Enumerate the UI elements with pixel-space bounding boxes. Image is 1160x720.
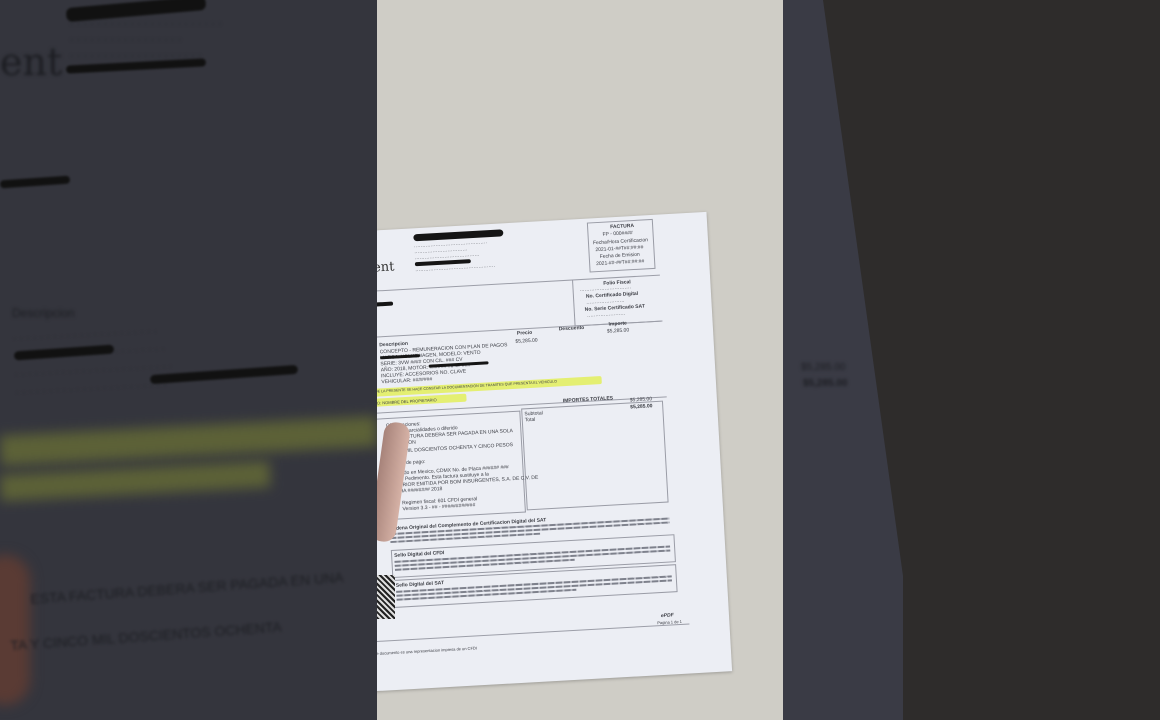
photo-center: ement ··································…: [377, 0, 783, 720]
blurred-address: · · · · · · · · · · · · · · · · · · · · …: [70, 16, 222, 64]
blurred-logo-fragment: ent: [0, 40, 62, 84]
factura-header-box: FACTURA FP - 000#### Fecha/Hora Certific…: [587, 219, 656, 273]
blurred-highlight: [0, 461, 270, 501]
divider: [377, 623, 689, 642]
totals-box: Subtotal Total $5,285.00 $5,285.00: [521, 401, 668, 511]
blurred-highlight: [0, 416, 377, 466]
blurred-total: $5,285.00: [803, 378, 848, 389]
blurred-finger: [0, 555, 30, 705]
blurred-redaction: [0, 176, 70, 189]
total-label: Total: [525, 417, 536, 424]
blurred-left-panel: ent · · · · · · · · · · · · · · · · · · …: [0, 0, 377, 720]
blurred-right-panel: $5,285.00 $5,285.00: [783, 0, 1160, 720]
redaction-mark: [377, 302, 393, 308]
company-logo-fragment: ement: [377, 259, 395, 276]
col-price: Precio: [517, 330, 533, 337]
item-price: $5,285.00: [515, 338, 538, 345]
factura-folio: FP - 000####: [602, 230, 633, 238]
blurred-desc-lines: · · · · · · · · · · · · · · · · · · · · …: [12, 322, 174, 402]
brand-mark: ePDF: [661, 612, 674, 619]
total-value: $5,285.00: [630, 403, 653, 410]
qr-code: [377, 575, 395, 619]
blurred-desc-label: Descripcion: [12, 306, 75, 320]
fiscal-box: Folio Fiscal ···························…: [572, 275, 661, 327]
footer-text: Este documento es una representacion imp…: [377, 645, 477, 656]
blurred-notes-fragment: ESTA FACTURA DEBERA SER PAGADA EN UNA: [30, 569, 344, 607]
blurred-paper-edge: [783, 0, 903, 720]
col-amount: Importe: [608, 321, 627, 328]
header-line: 2021-##-##T##:##:##: [596, 258, 644, 267]
serie-cert-sat-value: ·······················: [587, 312, 626, 320]
blurred-subtotal: $5,285.00: [801, 362, 846, 373]
redaction-mark: [413, 229, 503, 241]
col-discount: Descuento: [559, 325, 585, 332]
invoice-paper: ement ··································…: [377, 212, 732, 691]
item-amount: $5,285.00: [607, 327, 630, 334]
blurred-notes-fragment: TA Y CINCO MIL DOSCIENTOS OCHENTA: [10, 619, 282, 654]
